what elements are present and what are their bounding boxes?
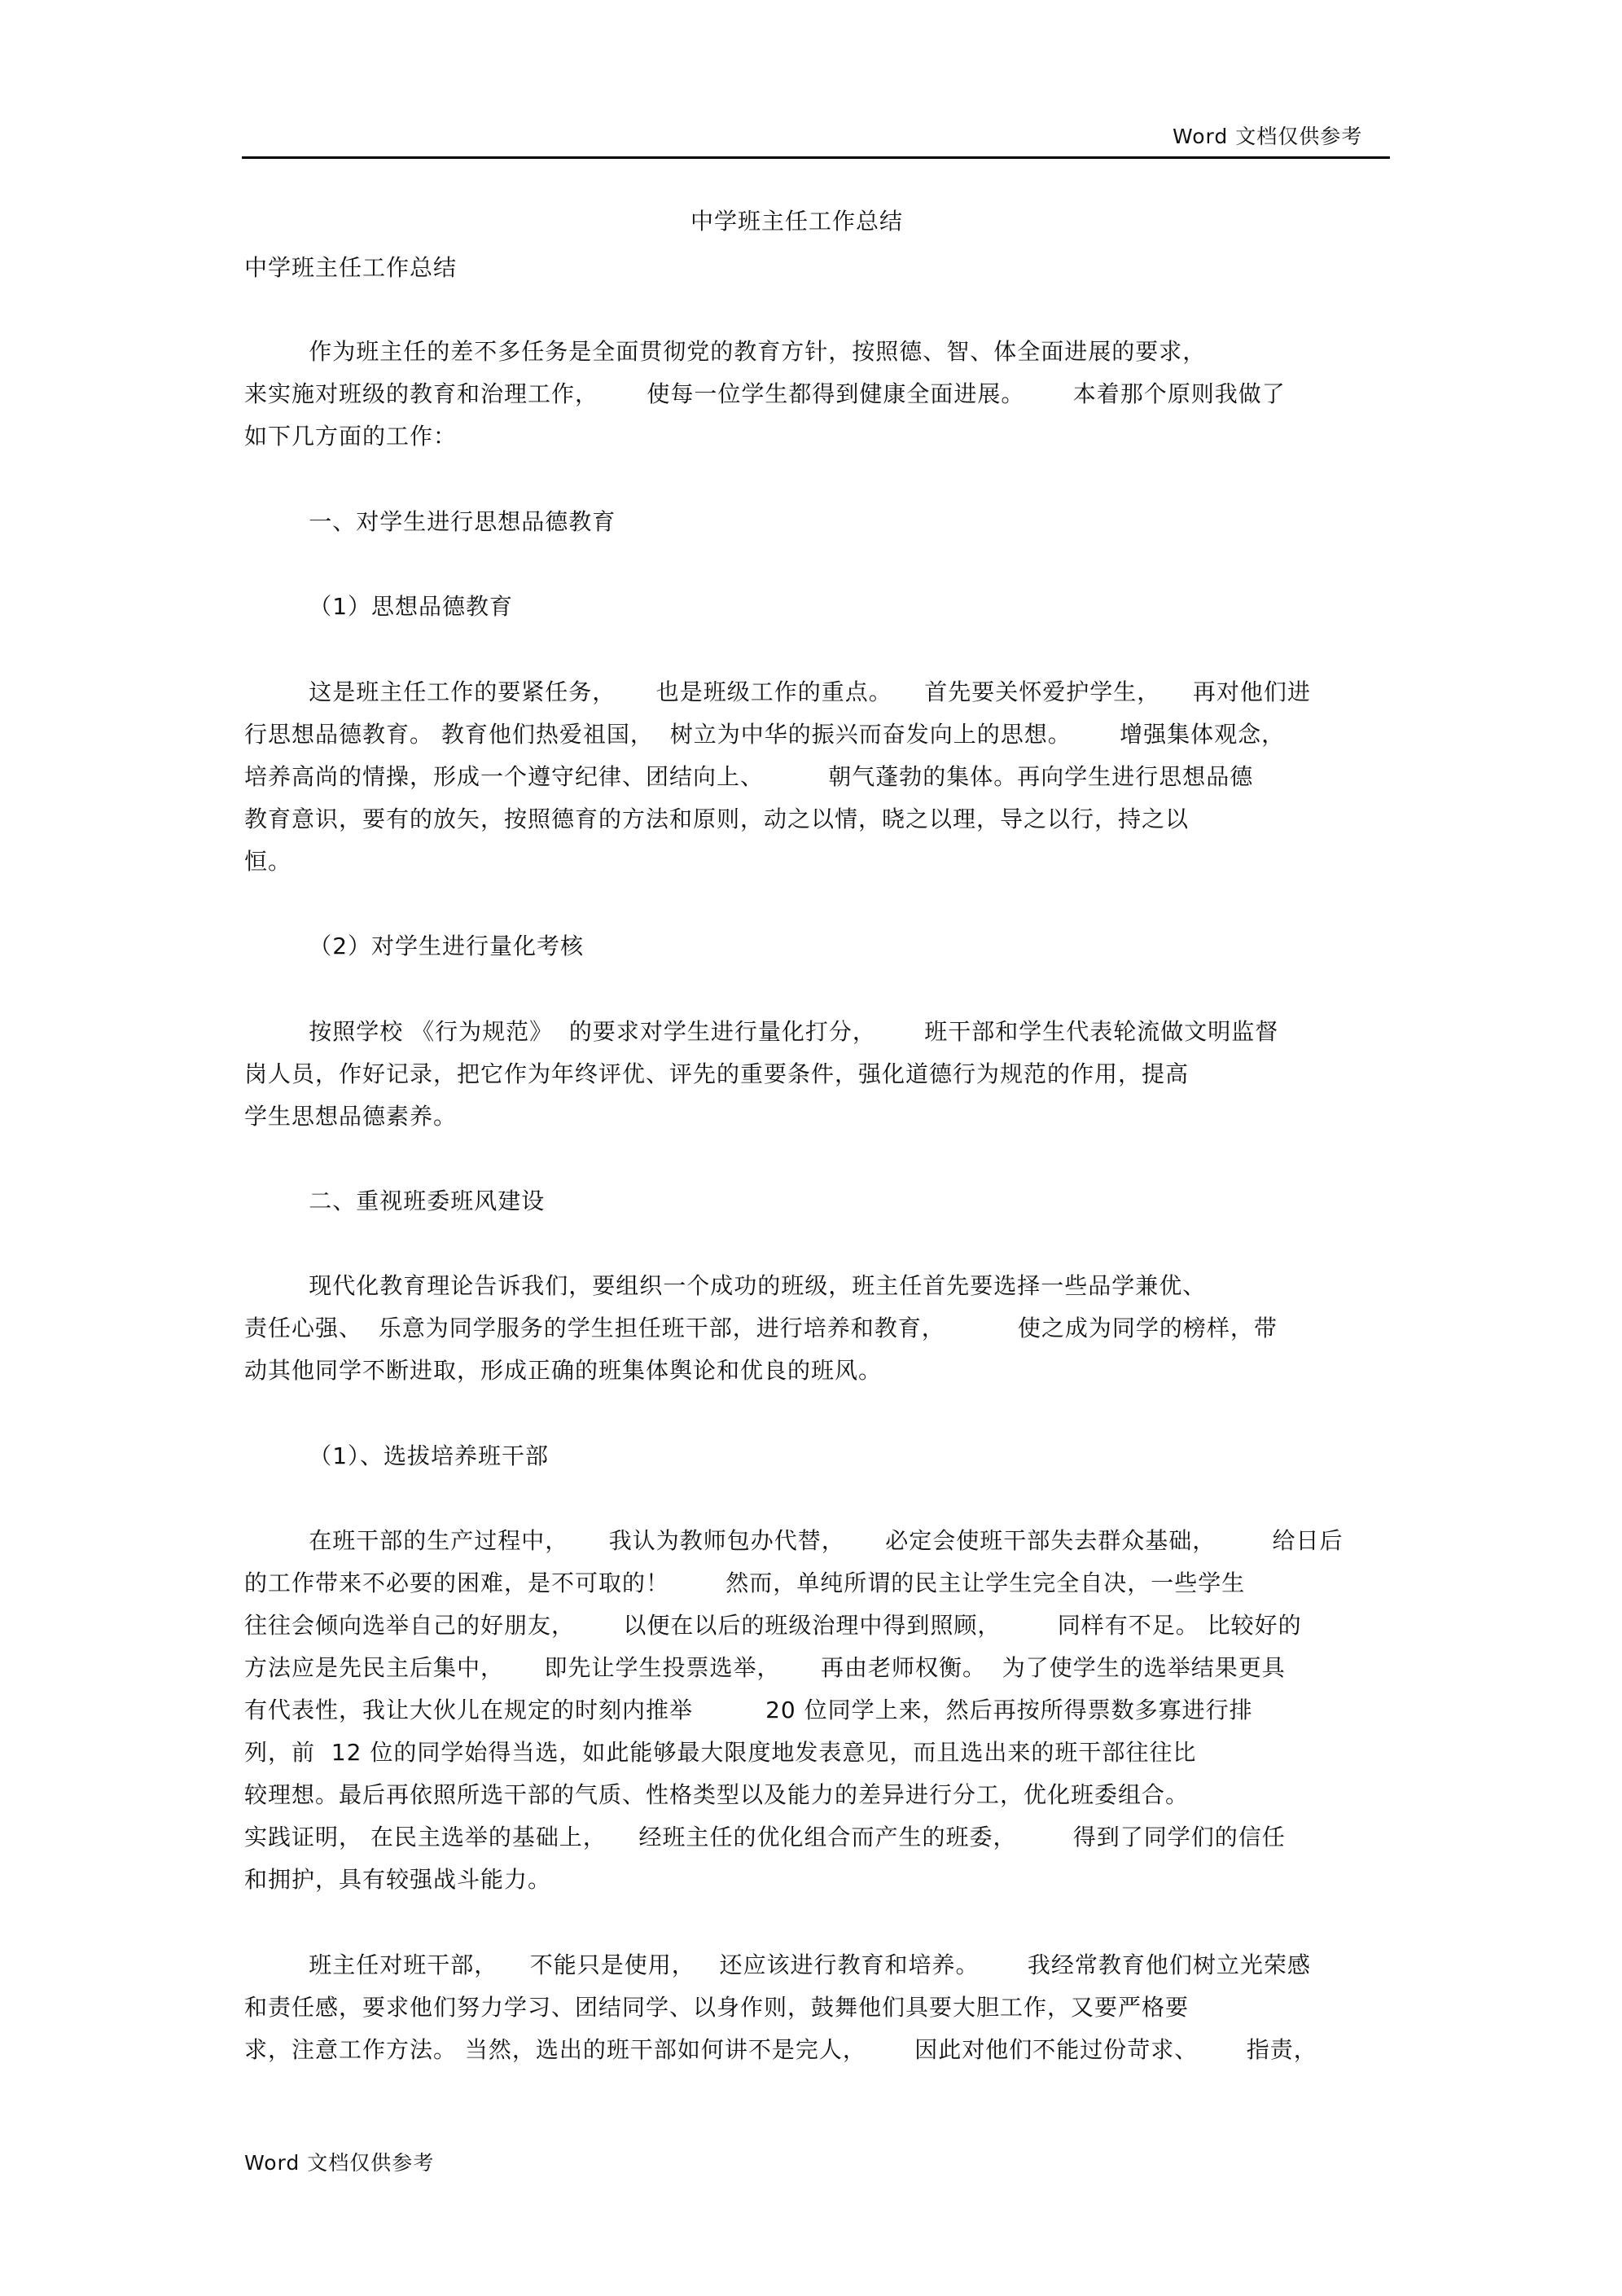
text-line: 往往会倾向选举自己的好朋友， 以便在以后的班级治理中得到照顾， 同样有不足。 比… (244, 1612, 1302, 1640)
text-line: （1）思想品德教育 (244, 593, 513, 621)
text-line: 一、对学生进行思想品德教育 (244, 508, 616, 536)
text-line: 行思想品德教育。 教育他们热爱祖国， 树立为中华的振兴而奋发向上的思想。 增强集… (244, 721, 1285, 749)
text-line: 培养高尚的情操，形成一个遵守纪律、团结向上、 朝气蓬勃的集体。再向学生进行思想品… (244, 763, 1253, 791)
text-line: 如下几方面的工作： (244, 423, 457, 450)
text-line: 有代表性，我让大伙儿在规定的时刻内推举 20 位同学上来，然后再按所得票数多寡进… (244, 1697, 1253, 1724)
text-line: 责任心强、 乐意为同学服务的学生担任班干部，进行培养和教育， 使之成为同学的榜样… (244, 1315, 1278, 1342)
page-footer-text: Word 文档仅供参考 (244, 2147, 434, 2176)
text-line: 学生思想品德素养。 (244, 1103, 457, 1130)
text-line: 来实施对班级的教育和治理工作， 使每一位学生都得到健康全面进展。 本着那个原则我… (244, 380, 1286, 408)
document-title: 中学班主任工作总结 (690, 208, 903, 235)
text-line: 动其他同学不断进取，形成正确的班集体舆论和优良的班风。 (244, 1357, 882, 1385)
text-line: 教育意识，要有的放矢，按照德育的方法和原则，动之以情，晓之以理，导之以行，持之以 (244, 806, 1189, 833)
text-line: 列，前 12 位的同学始得当选，如此能够最大限度地发表意见，而且选出来的班干部往… (244, 1739, 1196, 1767)
text-line: 恒。 (244, 848, 292, 876)
text-line: （2）对学生进行量化考核 (244, 933, 584, 960)
text-line: 方法应是先民主后集中， 即先让学生投票选举， 再由老师权衡。 为了使学生的选举结… (244, 1654, 1286, 1682)
text-line: 在班干部的生产过程中， 我认为教师包办代替， 必定会使班干部失去群众基础， 给日… (244, 1527, 1344, 1555)
text-line: 班主任对班干部， 不能只是使用， 还应该进行教育和培养。 我经常教育他们树立光荣… (244, 1951, 1311, 1979)
page-header-text: Word 文档仅供参考 (1173, 121, 1362, 150)
text-line: 求，注意工作方法。 当然，选出的班干部如何讲不是完人， 因此对他们不能过份苛求、… (244, 2036, 1317, 2064)
text-line: 岗人员，作好记录，把它作为年终评优、评先的重要条件，强化道德行为规范的作用，提高 (244, 1060, 1189, 1088)
text-line: 和责任感，要求他们努力学习、团结同学、以身作则，鼓舞他们具要大胆工作，又要严格要 (244, 1994, 1189, 2022)
text-line: 的工作带来不必要的困难，是不可取的！ 然而，单纯所谓的民主让学生完全自决，一些学… (244, 1569, 1245, 1597)
text-line: 二、重视班委班风建设 (244, 1188, 545, 1215)
text-line: 按照学校 《行为规范》 的要求对学生进行量化打分， 班干部和学生代表轮流做文明监… (244, 1018, 1278, 1046)
text-line: （1）、选拔培养班干部 (244, 1442, 549, 1470)
text-line: 中学班主任工作总结 (244, 254, 457, 282)
text-line: 现代化教育理论告诉我们，要组织一个成功的班级，班主任首先要选择一些品学兼优、 (244, 1272, 1206, 1300)
text-line: 作为班主任的差不多任务是全面贯彻党的教育方针，按照德、智、体全面进展的要求， (244, 338, 1206, 366)
text-line: 实践证明， 在民主选举的基础上， 经班主任的优化组合而产生的班委， 得到了同学们… (244, 1824, 1286, 1851)
text-line: 这是班主任工作的要紧任务， 也是班级工作的重点。 首先要关怀爱护学生， 再对他们… (244, 678, 1311, 706)
text-line: 较理想。最后再依照所选干部的气质、性格类型以及能力的差异进行分工，优化班委组合。 (244, 1781, 1189, 1809)
header-rule (242, 156, 1390, 159)
text-line: 和拥护，具有较强战斗能力。 (244, 1866, 551, 1894)
